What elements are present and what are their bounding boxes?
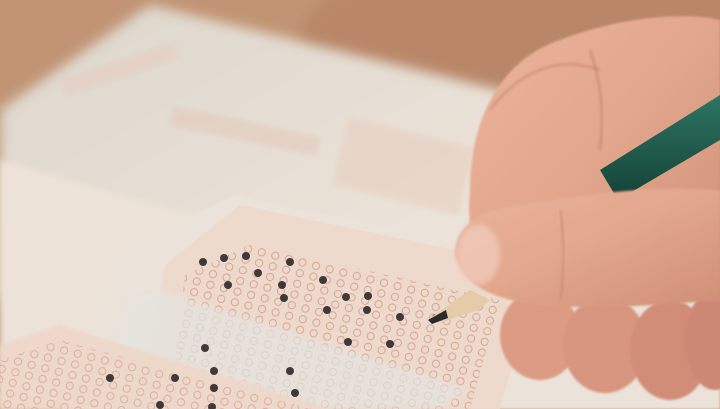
filled-bubble (171, 374, 179, 382)
filled-bubble (156, 401, 164, 409)
filled-bubble (278, 281, 286, 289)
filled-bubble (319, 276, 327, 284)
filled-bubble (363, 306, 371, 314)
filled-bubble (106, 374, 114, 382)
filled-bubble (210, 384, 218, 392)
photo-scene (0, 0, 720, 409)
filled-bubble (242, 252, 250, 260)
filled-bubble (280, 294, 288, 302)
filled-bubble (323, 306, 331, 314)
filled-bubble (201, 344, 209, 352)
answer-sheet-photo (0, 0, 720, 409)
filled-bubble (342, 293, 350, 301)
filled-bubble (291, 389, 299, 397)
filled-bubble (396, 313, 404, 321)
filled-bubble (286, 258, 294, 266)
filled-bubble (254, 269, 262, 277)
filled-bubble (364, 292, 372, 300)
filled-bubble (224, 281, 232, 289)
filled-bubble (344, 338, 352, 346)
filled-bubble (386, 340, 394, 348)
filled-bubble (199, 258, 207, 266)
filled-bubble (286, 367, 294, 375)
filled-bubble (220, 254, 228, 262)
filled-bubble (210, 367, 218, 375)
